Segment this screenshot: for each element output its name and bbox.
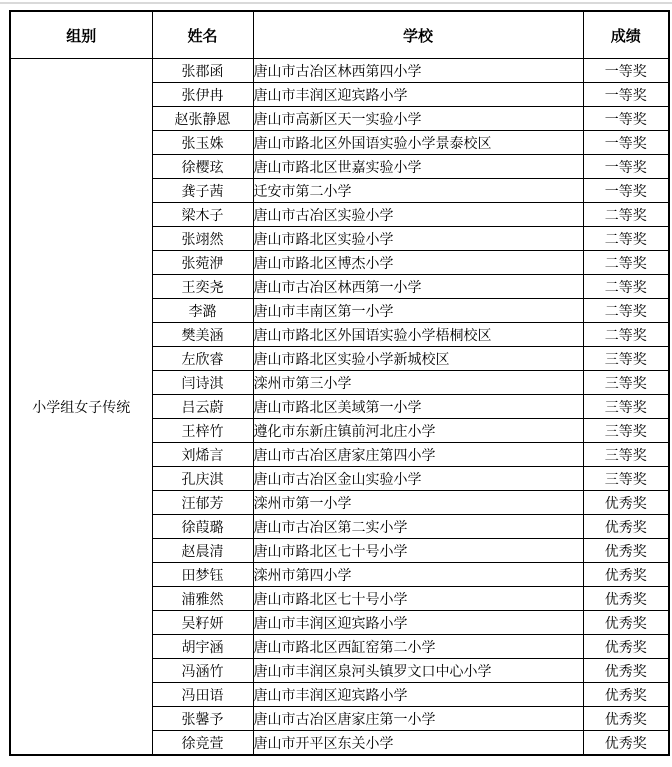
award-cell: 二等奖 <box>583 227 669 251</box>
name-cell: 刘烯言 <box>152 443 253 467</box>
name-cell: 吴籽妍 <box>152 611 253 635</box>
name-cell: 吕云蔚 <box>152 395 253 419</box>
name-cell: 张馨予 <box>152 707 253 731</box>
name-cell: 孔庆淇 <box>152 467 253 491</box>
award-cell: 优秀奖 <box>583 539 669 563</box>
award-cell: 三等奖 <box>583 371 669 395</box>
name-cell: 李潞 <box>152 299 253 323</box>
name-cell: 徐葭璐 <box>152 515 253 539</box>
name-cell: 赵张静恩 <box>152 107 253 131</box>
school-cell: 唐山市开平区东关小学 <box>253 731 583 756</box>
school-cell: 唐山市丰润区迎宾路小学 <box>253 83 583 107</box>
table-row: 小学组女子传统张郡函唐山市古冶区林西第四小学一等奖 <box>10 59 669 83</box>
school-cell: 唐山市路北区实验小学 <box>253 227 583 251</box>
col-header-school: 学校 <box>253 11 583 59</box>
award-cell: 优秀奖 <box>583 563 669 587</box>
award-cell: 优秀奖 <box>583 611 669 635</box>
school-cell: 唐山市路北区西缸窑第二小学 <box>253 635 583 659</box>
name-cell: 冯涵竹 <box>152 659 253 683</box>
name-cell: 张翊然 <box>152 227 253 251</box>
school-cell: 唐山市古冶区林西第一小学 <box>253 275 583 299</box>
school-cell: 遵化市东新庄镇前河北庄小学 <box>253 419 583 443</box>
name-cell: 张菀洢 <box>152 251 253 275</box>
school-cell: 唐山市丰南区第一小学 <box>253 299 583 323</box>
award-cell: 三等奖 <box>583 467 669 491</box>
results-table: 组别 姓名 学校 成绩 小学组女子传统张郡函唐山市古冶区林西第四小学一等奖张伊冉… <box>9 10 670 756</box>
name-cell: 冯田语 <box>152 683 253 707</box>
group-cell: 小学组女子传统 <box>10 59 152 756</box>
award-cell: 二等奖 <box>583 251 669 275</box>
name-cell: 徐樱玹 <box>152 155 253 179</box>
school-cell: 唐山市丰润区泉河头镇罗文口中心小学 <box>253 659 583 683</box>
school-cell: 唐山市古冶区林西第四小学 <box>253 59 583 83</box>
award-cell: 优秀奖 <box>583 683 669 707</box>
school-cell: 唐山市路北区七十号小学 <box>253 587 583 611</box>
school-cell: 唐山市路北区美域第一小学 <box>253 395 583 419</box>
award-cell: 一等奖 <box>583 155 669 179</box>
name-cell: 闫诗淇 <box>152 371 253 395</box>
name-cell: 左欣睿 <box>152 347 253 371</box>
name-cell: 徐竞萱 <box>152 731 253 756</box>
school-cell: 唐山市路北区博杰小学 <box>253 251 583 275</box>
col-header-award: 成绩 <box>583 11 669 59</box>
school-cell: 迁安市第二小学 <box>253 179 583 203</box>
top-edge-line <box>0 2 672 4</box>
name-cell: 樊美涵 <box>152 323 253 347</box>
results-table-container: 组别 姓名 学校 成绩 小学组女子传统张郡函唐山市古冶区林西第四小学一等奖张伊冉… <box>9 10 670 756</box>
school-cell: 唐山市古冶区第二实小学 <box>253 515 583 539</box>
school-cell: 滦州市第一小学 <box>253 491 583 515</box>
award-cell: 优秀奖 <box>583 659 669 683</box>
name-cell: 胡宇涵 <box>152 635 253 659</box>
name-cell: 张玉姝 <box>152 131 253 155</box>
school-cell: 滦州市第三小学 <box>253 371 583 395</box>
award-cell: 一等奖 <box>583 107 669 131</box>
school-cell: 唐山市路北区实验小学新城校区 <box>253 347 583 371</box>
award-cell: 二等奖 <box>583 323 669 347</box>
award-cell: 一等奖 <box>583 179 669 203</box>
award-cell: 一等奖 <box>583 131 669 155</box>
name-cell: 龚子茜 <box>152 179 253 203</box>
award-cell: 优秀奖 <box>583 707 669 731</box>
award-cell: 三等奖 <box>583 443 669 467</box>
col-header-group: 组别 <box>10 11 152 59</box>
award-cell: 优秀奖 <box>583 491 669 515</box>
col-header-name: 姓名 <box>152 11 253 59</box>
award-cell: 优秀奖 <box>583 731 669 756</box>
award-cell: 三等奖 <box>583 419 669 443</box>
award-cell: 三等奖 <box>583 347 669 371</box>
table-body: 小学组女子传统张郡函唐山市古冶区林西第四小学一等奖张伊冉唐山市丰润区迎宾路小学一… <box>10 59 669 756</box>
name-cell: 张伊冉 <box>152 83 253 107</box>
name-cell: 田梦钰 <box>152 563 253 587</box>
school-cell: 唐山市路北区外国语实验小学景泰校区 <box>253 131 583 155</box>
school-cell: 唐山市丰润区迎宾路小学 <box>253 683 583 707</box>
school-cell: 唐山市高新区天一实验小学 <box>253 107 583 131</box>
school-cell: 唐山市古冶区唐家庄第一小学 <box>253 707 583 731</box>
school-cell: 唐山市路北区外国语实验小学梧桐校区 <box>253 323 583 347</box>
award-cell: 二等奖 <box>583 275 669 299</box>
school-cell: 唐山市古冶区金山实验小学 <box>253 467 583 491</box>
award-cell: 一等奖 <box>583 59 669 83</box>
award-cell: 三等奖 <box>583 395 669 419</box>
award-cell: 一等奖 <box>583 83 669 107</box>
school-cell: 唐山市古冶区实验小学 <box>253 203 583 227</box>
name-cell: 浦雅然 <box>152 587 253 611</box>
name-cell: 王梓竹 <box>152 419 253 443</box>
school-cell: 唐山市路北区世嘉实验小学 <box>253 155 583 179</box>
school-cell: 唐山市路北区七十号小学 <box>253 539 583 563</box>
header-row: 组别 姓名 学校 成绩 <box>10 11 669 59</box>
name-cell: 赵晨清 <box>152 539 253 563</box>
name-cell: 张郡函 <box>152 59 253 83</box>
award-cell: 优秀奖 <box>583 635 669 659</box>
name-cell: 汪郁芳 <box>152 491 253 515</box>
name-cell: 王奕尧 <box>152 275 253 299</box>
school-cell: 滦州市第四小学 <box>253 563 583 587</box>
school-cell: 唐山市古冶区唐家庄第四小学 <box>253 443 583 467</box>
award-cell: 二等奖 <box>583 203 669 227</box>
name-cell: 梁木子 <box>152 203 253 227</box>
award-cell: 二等奖 <box>583 299 669 323</box>
award-cell: 优秀奖 <box>583 587 669 611</box>
award-cell: 优秀奖 <box>583 515 669 539</box>
school-cell: 唐山市丰润区迎宾路小学 <box>253 611 583 635</box>
